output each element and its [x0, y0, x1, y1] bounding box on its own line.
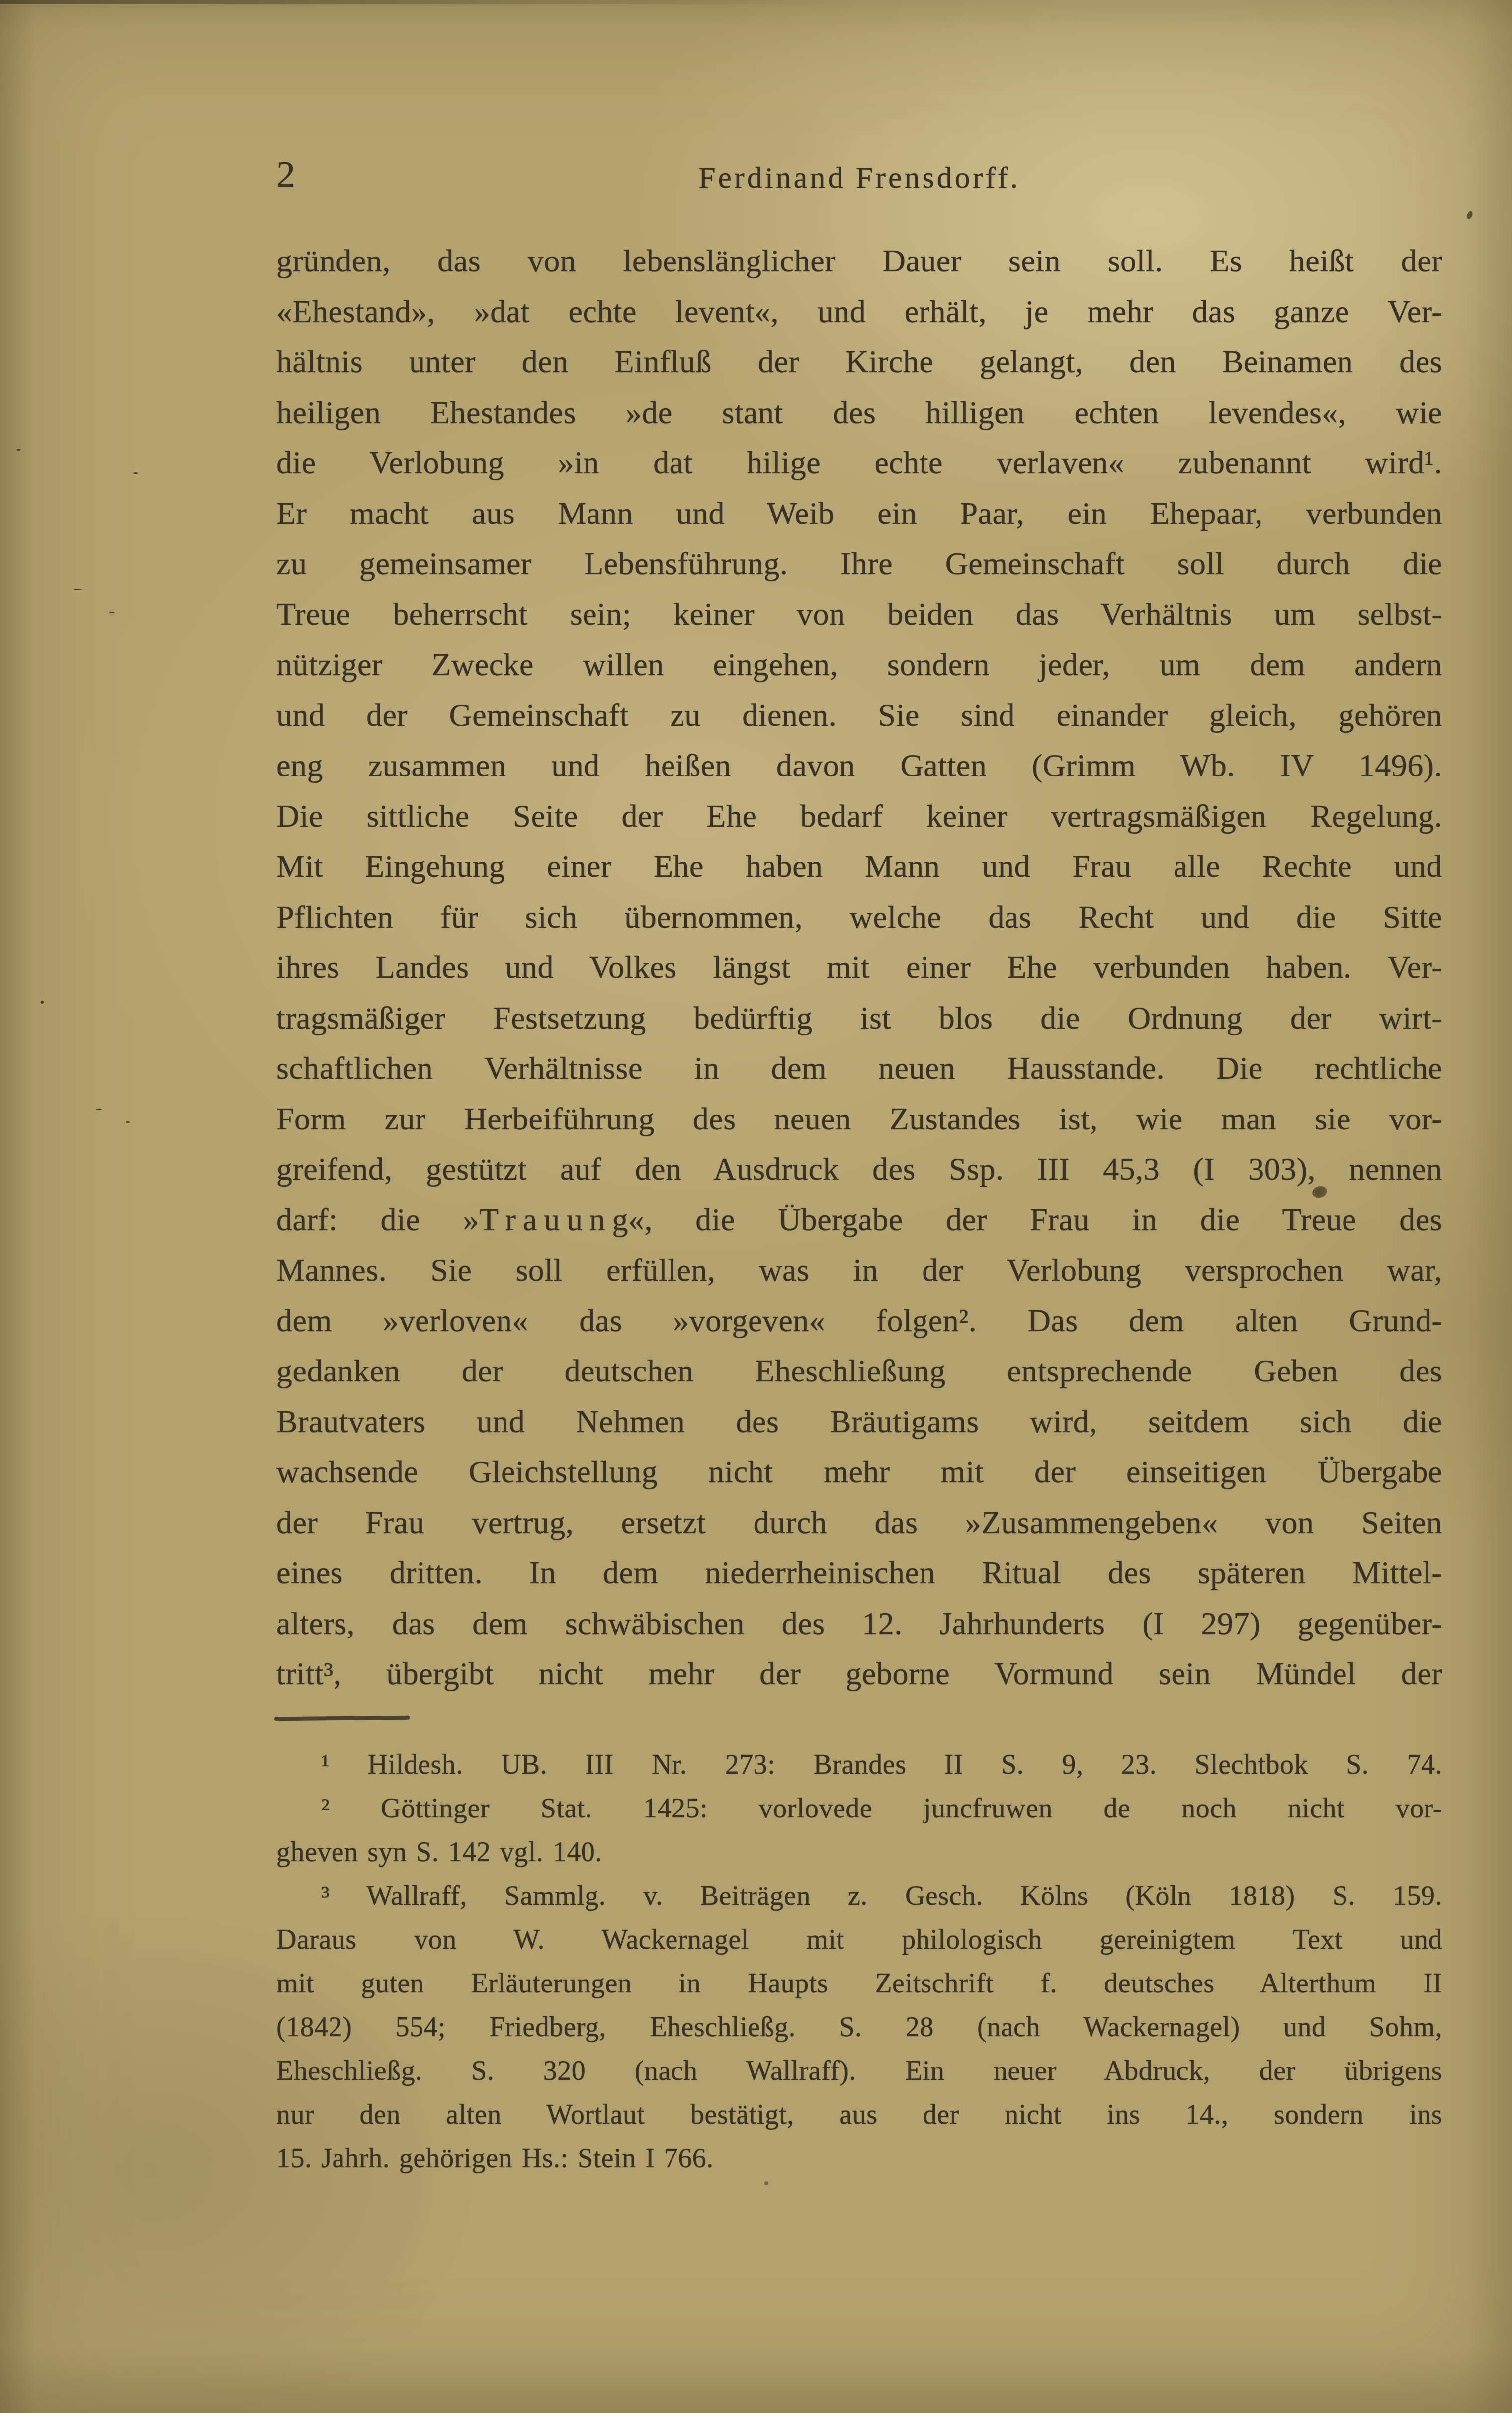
body-line: der Frau vertrug, ersetzt durch das »Zus…: [276, 1497, 1442, 1548]
body-line: Pflichten für sich übernommen, welche da…: [276, 892, 1442, 943]
footnote-line: ² Göttinger Stat. 1425: vorlovede juncfr…: [276, 1787, 1442, 1830]
body-line: «Ehestand», »dat echte levent«, und erhä…: [276, 286, 1442, 337]
footnote-line: Eheschließg. S. 320 (nach Wallraff). Ein…: [276, 2049, 1442, 2093]
body-line: gedanken der deutschen Eheschließung ent…: [276, 1346, 1442, 1396]
body-line: nütziger Zwecke willen eingehen, sondern…: [276, 639, 1442, 690]
body-line: Mannes. Sie soll erfüllen, was in der Ve…: [276, 1245, 1442, 1295]
body-line: tritt³, übergibt nicht mehr der geborne …: [276, 1648, 1442, 1699]
body-text: gründen, das von lebenslänglicher Dauer …: [276, 236, 1442, 1699]
body-line: tragsmäßiger Festsetzung bedürftig ist b…: [276, 993, 1442, 1043]
paper-speck: [1466, 210, 1473, 220]
body-line: schaftlichen Verhältnisse in dem neuen H…: [276, 1043, 1442, 1094]
footnote-line: ¹ Hildesh. UB. III Nr. 273: Brandes II S…: [276, 1743, 1442, 1787]
paper-speck: [17, 449, 20, 451]
paper-speck: [96, 1109, 102, 1110]
paper-speck: [74, 589, 81, 590]
body-line: Brautvaters und Nehmen des Bräutigams wi…: [276, 1396, 1442, 1447]
body-line: Treue beherrscht sein; keiner von beiden…: [276, 589, 1442, 640]
body-line: darf: die »T r a u u n g«, die Übergabe …: [276, 1195, 1442, 1245]
body-line: Er macht aus Mann und Weib ein Paar, ein…: [276, 488, 1442, 539]
body-line: zu gemeinsamer Lebensführung. Ihre Gemei…: [276, 538, 1442, 589]
body-line: eng zusammen und heißen davon Gatten (Gr…: [276, 740, 1442, 791]
footnote-line: ³ Wallraff, Sammlg. v. Beiträgen z. Gesc…: [276, 1874, 1442, 1918]
footnote-line: 15. Jahrh. gehörigen Hs.: Stein I 766.: [276, 2137, 1442, 2180]
scan-top-edge-shadow: [0, 0, 944, 4]
paper-speck: [133, 472, 138, 474]
footnote-line: gheven syn S. 142 vgl. 140.: [276, 1830, 1442, 1874]
body-line: greifend, gestützt auf den Ausdruck des …: [276, 1144, 1442, 1195]
body-line: hältnis unter den Einfluß der Kirche gel…: [276, 337, 1442, 387]
book-page: 2 Ferdinand Frensdorff. gründen, das von…: [0, 0, 1512, 2413]
footnotes: ¹ Hildesh. UB. III Nr. 273: Brandes II S…: [276, 1743, 1442, 2180]
paper-speck: [109, 612, 114, 613]
paper-speck: [126, 1121, 130, 1123]
body-line: alters, das dem schwäbischen des 12. Jah…: [276, 1598, 1442, 1649]
footnote-line: mit guten Erläuterungen in Haupts Zeitsc…: [276, 1962, 1442, 2005]
body-line: ihres Landes und Volkes längst mit einer…: [276, 942, 1442, 993]
body-line: heiligen Ehestandes »de stant des hillig…: [276, 387, 1442, 438]
footnote-rule: [274, 1716, 410, 1721]
body-line: gründen, das von lebenslänglicher Dauer …: [276, 236, 1442, 286]
body-line: dem »verloven« das »vorgeven« folgen². D…: [276, 1295, 1442, 1346]
body-line: die Verlobung »in dat hilige echte verla…: [276, 437, 1442, 488]
body-line: Form zur Herbeiführung des neuen Zustand…: [276, 1094, 1442, 1144]
footnote-line: Daraus von W. Wackernagel mit philologis…: [276, 1918, 1442, 1962]
body-line: wachsende Gleichstellung nicht mehr mit …: [276, 1447, 1442, 1497]
body-line: und der Gemeinschaft zu dienen. Sie sind…: [276, 690, 1442, 741]
paper-speck: [41, 1001, 44, 1004]
footnote-line: (1842) 554; Friedberg, Eheschließg. S. 2…: [276, 2005, 1442, 2049]
footnote-line: nur den alten Wortlaut bestätigt, aus de…: [276, 2093, 1442, 2137]
body-line: Mit Eingehung einer Ehe haben Mann und F…: [276, 841, 1442, 892]
paper-speck: [764, 2181, 768, 2185]
body-line: eines dritten. In dem niederrheinischen …: [276, 1548, 1442, 1598]
body-line: Die sittliche Seite der Ehe bedarf keine…: [276, 791, 1442, 842]
running-title: Ferdinand Frensdorff.: [276, 158, 1442, 198]
